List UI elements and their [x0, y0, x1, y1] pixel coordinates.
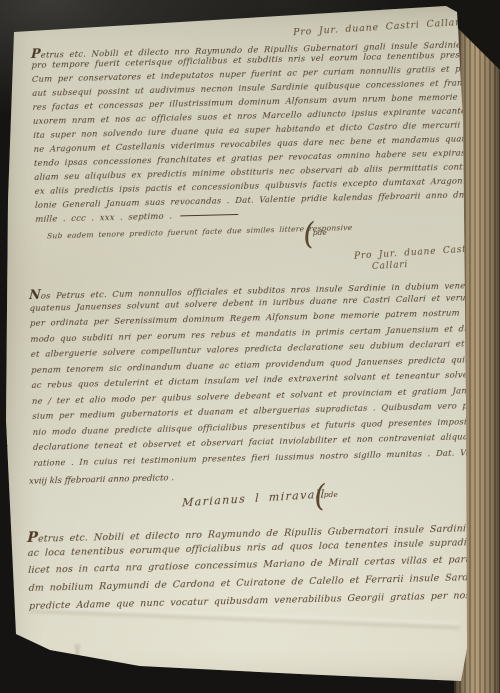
paraph-icon: (pde	[303, 220, 329, 254]
manuscript-page: Pro Jur. duane Castri Callari Petrus etc…	[0, 0, 500, 693]
flourish-line	[180, 213, 238, 216]
entry2-text: Nos Petrus etc. Cum nonnullos officiales…	[29, 276, 467, 473]
paraph-icon: (pde	[314, 482, 340, 516]
entry1-text: Petrus etc. Nobili et dilecto nro Raymun…	[31, 35, 465, 227]
entry3-text: Petrus etc. Nobili et dilecto nro Raymun…	[27, 519, 467, 618]
